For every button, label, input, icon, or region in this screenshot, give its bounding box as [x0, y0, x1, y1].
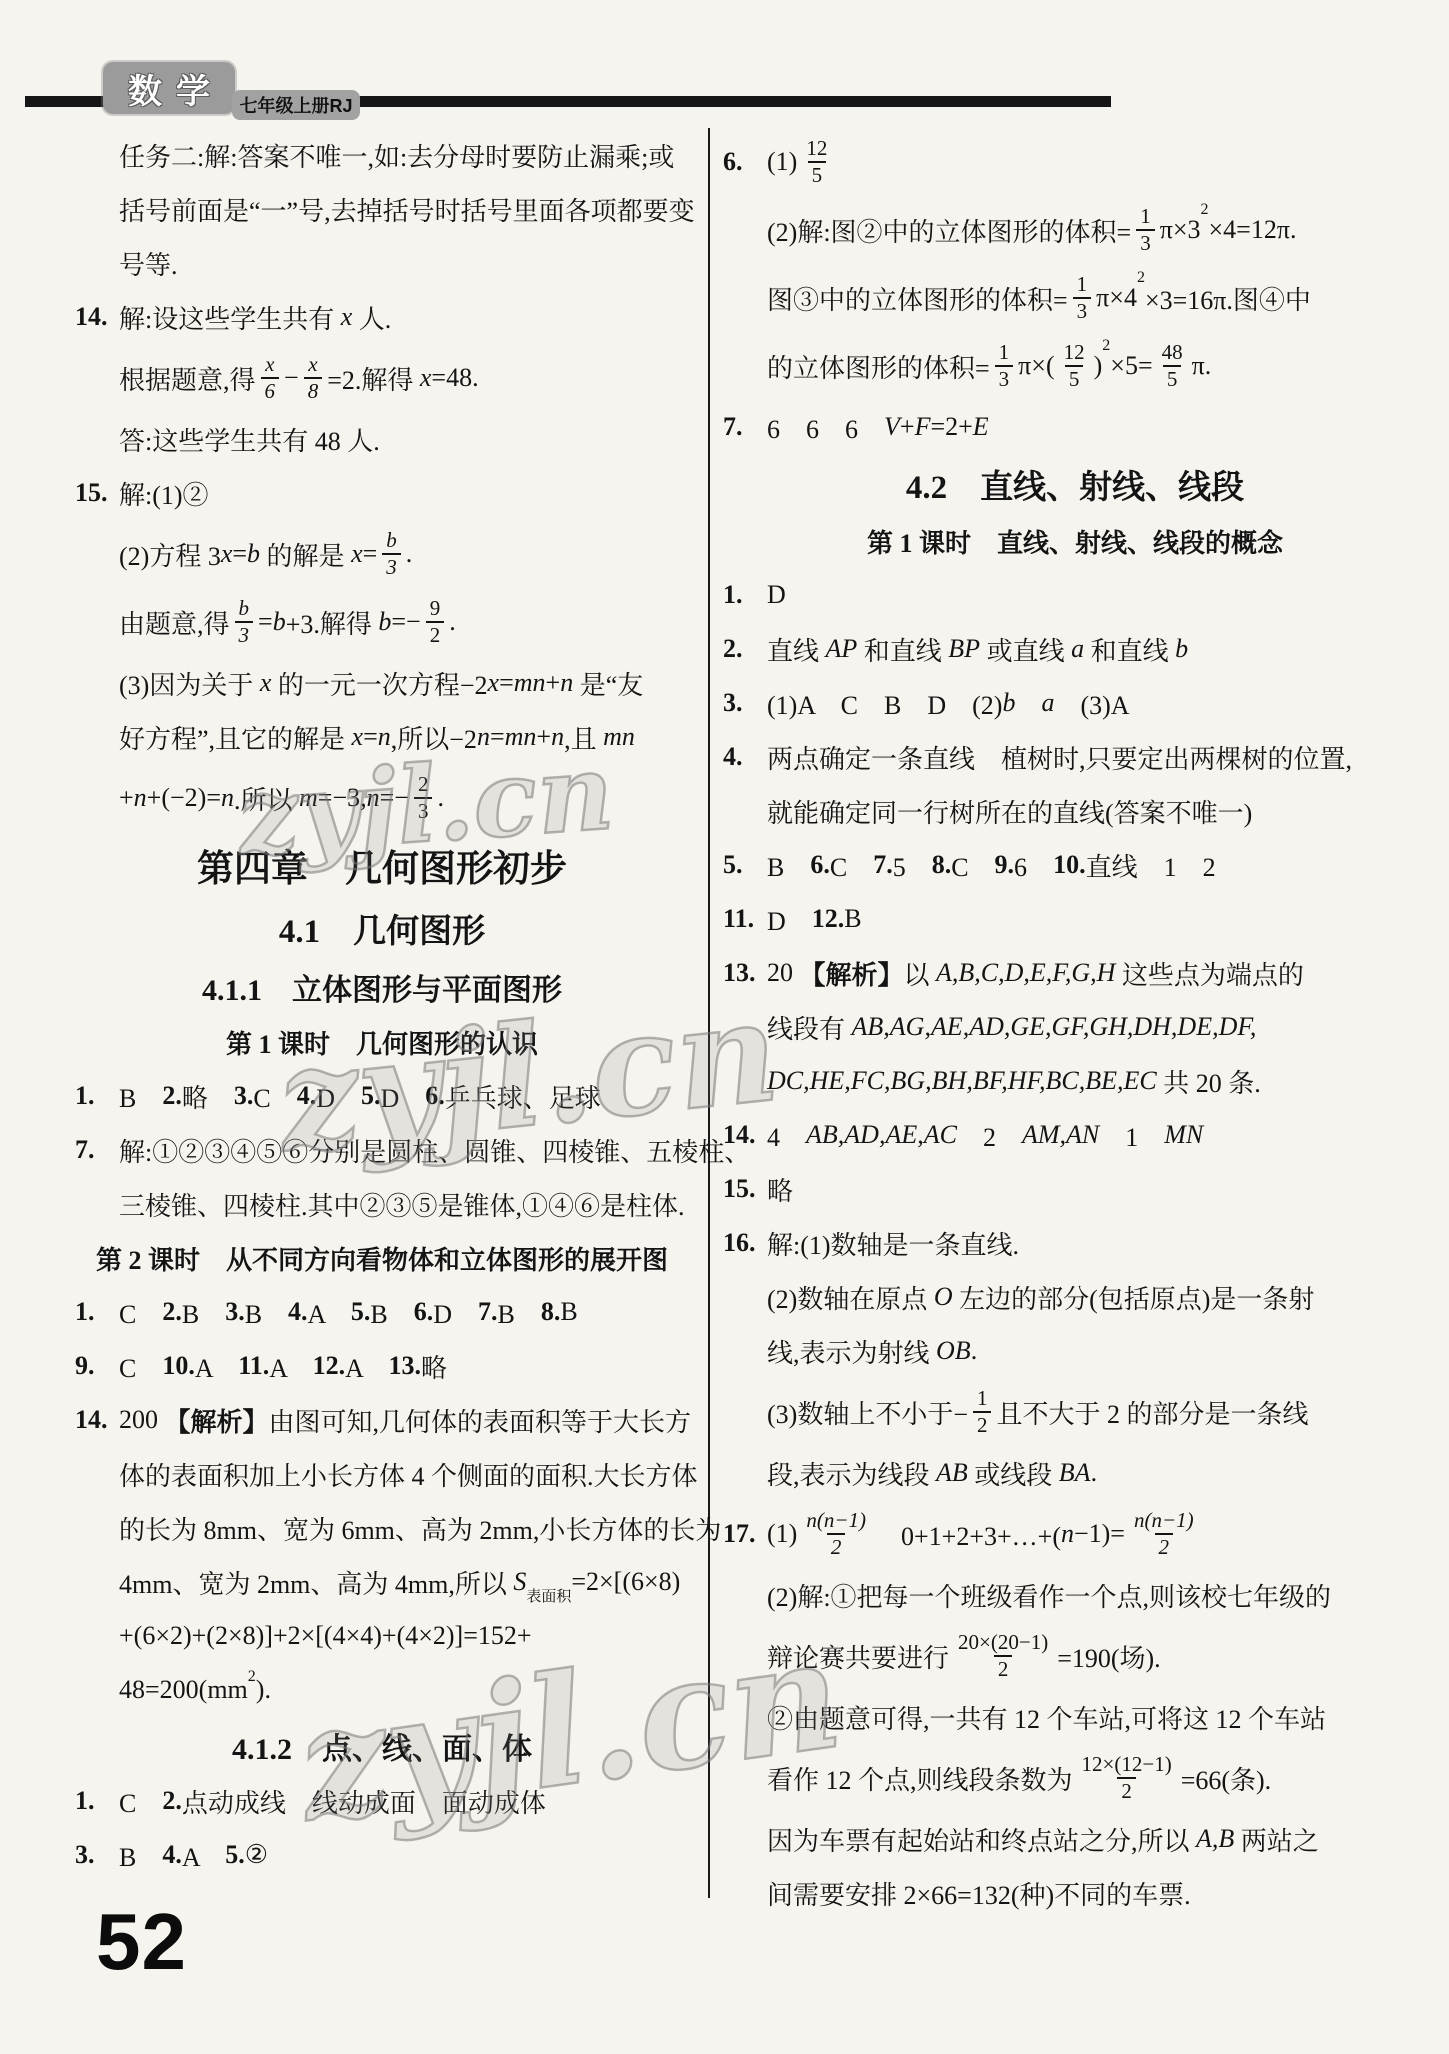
superscript: 2 — [1201, 201, 1209, 219]
text-segment: D — [380, 1078, 425, 1115]
answer-line: 17.(1)n(n−1)2 0+1+2+3+…+(n−1)=n(n−1)2 — [723, 1500, 1427, 1568]
math-italic: AB,AD,AE,AC — [806, 1120, 957, 1150]
text-segment: B — [560, 1297, 577, 1327]
answer-number: 11. — [723, 904, 754, 934]
bold-text: 7. — [873, 850, 893, 880]
text-segment: +(−2)= — [147, 783, 221, 813]
answer-line: ②由题意可得,一共有 12 个车站,可将这 12 个车站 — [723, 1690, 1427, 1744]
text-segment: 好方程”,且它的解是 — [119, 719, 352, 756]
text-segment: C — [119, 1783, 162, 1820]
text-segment: (2)解:①把每一个班级看作一个点,则该校七年级的 — [767, 1577, 1331, 1614]
text-segment: 的一元一次方程−2 — [271, 665, 487, 702]
text-segment: ,且 — [564, 719, 603, 756]
text-segment: 1 — [1099, 1117, 1164, 1154]
fraction-denominator: 5 — [1065, 365, 1084, 390]
math-italic: n — [560, 668, 573, 698]
math-italic: AP — [826, 634, 858, 664]
math-italic: b — [273, 607, 286, 637]
text-segment: ). — [256, 1675, 271, 1705]
text-segment: 点动成线 线动成面 面动成体 — [182, 1783, 546, 1820]
answer-number: 3. — [75, 1840, 95, 1870]
text-segment: 4.1 几何图形 — [279, 905, 485, 952]
text-segment: 线段有 — [767, 1009, 852, 1046]
text-segment: 第 2 课时 从不同方向看物体和立体图形的展开图 — [96, 1240, 668, 1277]
answer-line: 括号前面是“一”号,去掉括号时括号里面各项都要变 — [75, 182, 689, 236]
text-segment: 200 — [119, 1405, 165, 1435]
fraction-numerator: b — [382, 530, 401, 551]
text-segment: 以 — [904, 955, 937, 992]
bold-text: 8. — [541, 1297, 561, 1327]
answer-number: 16. — [723, 1228, 756, 1258]
fraction: x8 — [304, 354, 323, 403]
answer-number: 1. — [75, 1297, 95, 1327]
text-segment: 第 1 课时 直线、射线、线段的概念 — [867, 523, 1283, 560]
text-segment: + — [900, 412, 915, 442]
text-segment: 6 — [1014, 847, 1053, 884]
answer-number: 3. — [723, 688, 743, 718]
section-heading: 第 1 课时 几何图形的认识 — [75, 1015, 689, 1069]
fraction-denominator: 2 — [827, 1533, 846, 1558]
math-italic: A,B,C,D,E,F,G,H — [936, 958, 1115, 988]
text-segment: =2+ — [930, 412, 972, 442]
text-segment: −1)= — [1074, 1519, 1125, 1549]
math-italic: x — [221, 539, 233, 569]
column-divider — [708, 128, 710, 1898]
answer-line: 14.200 【解析】由图可知,几何体的表面积等于大长方 — [75, 1393, 689, 1447]
text-segment: π×( — [1018, 351, 1054, 381]
text-segment: =66(条). — [1181, 1760, 1271, 1797]
text-segment: 且不大于 2 的部分是一条线 — [996, 1394, 1308, 1431]
text-segment: = — [490, 722, 505, 752]
text-segment: (3)数轴上不小于− — [767, 1394, 968, 1431]
answer-line: 的立体图形的体积=13π×(125)2×5=485π. — [723, 332, 1427, 400]
superscript: 2 — [1102, 337, 1110, 355]
section-heading: 第四章 几何图形初步 — [75, 832, 689, 898]
text-segment: =− — [380, 783, 409, 813]
text-segment: B — [767, 847, 810, 884]
answer-line: (2)解:①把每一个班级看作一个点,则该校七年级的 — [723, 1568, 1427, 1622]
left-column: 任务二:解:答案不唯一,如:去分母时要防止漏乘;或括号前面是“一”号,去掉括号时… — [75, 128, 689, 1882]
answer-number: 7. — [723, 412, 743, 442]
math-italic: x — [488, 668, 500, 698]
text-segment: 因为车票有起始站和终点站之分,所以 — [767, 1821, 1196, 1858]
answer-line: 答:这些学生共有 48 人. — [75, 412, 689, 466]
answer-line: 13.20 【解析】以 A,B,C,D,E,F,G,H 这些点为端点的 — [723, 946, 1427, 1000]
text-segment: π×3 — [1160, 215, 1201, 245]
math-italic: x — [351, 539, 363, 569]
answer-number: 9. — [75, 1351, 95, 1381]
math-italic: b — [247, 539, 260, 569]
text-segment: 0+1+2+3+…+( — [875, 1516, 1061, 1553]
text-segment: 和直线 — [1084, 631, 1175, 668]
fraction: 485 — [1158, 342, 1187, 391]
answer-number: 17. — [723, 1519, 756, 1549]
math-italic: AB — [936, 1458, 968, 1488]
answer-line: 号等. — [75, 236, 689, 290]
text-segment: 解:①②③④⑤⑥分别是圆柱、圆锥、四棱锥、五棱柱、 — [119, 1132, 750, 1169]
text-segment: 就能确定同一行树所在的直线(答案不唯一) — [767, 793, 1252, 830]
text-segment: C — [119, 1348, 162, 1385]
answer-line: (2)方程 3x=b 的解是 x=b3. — [75, 520, 689, 588]
answer-number: 7. — [75, 1135, 95, 1165]
text-segment: 辩论赛共要进行 — [767, 1638, 949, 1675]
text-segment: 5 — [893, 847, 932, 884]
bold-text: 12. — [313, 1351, 346, 1381]
text-segment: ×3=16π.图④中 — [1145, 280, 1311, 317]
answer-number: 4. — [723, 742, 743, 772]
text-segment: 略 — [421, 1348, 447, 1385]
answer-number: 5. — [723, 850, 743, 880]
text-segment: =48. — [431, 363, 478, 393]
text-segment: 号等. — [119, 245, 178, 282]
answer-line: 三棱锥、四棱柱.其中②③⑤是锥体,①④⑥是柱体. — [75, 1177, 689, 1231]
answer-line: 线段有 AB,AG,AE,AD,GE,GF,GH,DH,DE,DF, — [723, 1000, 1427, 1054]
fraction: 125 — [1060, 342, 1089, 391]
text-segment: = — [363, 722, 378, 752]
text-segment: C — [253, 1078, 296, 1115]
text-segment: − — [284, 363, 299, 393]
math-italic: E — [973, 412, 989, 442]
text-segment: ×4=12π. — [1209, 215, 1297, 245]
text-segment: . — [449, 607, 456, 637]
answer-line: 7.解:①②③④⑤⑥分别是圆柱、圆锥、四棱锥、五棱柱、 — [75, 1123, 689, 1177]
fraction-numerator: 1 — [1073, 274, 1092, 295]
answer-line: 图③中的立体图形的体积=13π×42×3=16π.图④中 — [723, 264, 1427, 332]
bold-text: 4. — [297, 1081, 317, 1111]
edition-label: 七年级上册RJ — [239, 92, 352, 118]
fraction-numerator: 20×(20−1) — [954, 1632, 1052, 1653]
text-segment: +(6×2)+(2×8)]+2×[(4×4)+(4×2)]=152+ — [119, 1621, 532, 1651]
answer-number: 6. — [723, 147, 743, 177]
bold-text: 8. — [932, 850, 952, 880]
answer-line: 辩论赛共要进行20×(20−1)2=190(场). — [723, 1622, 1427, 1690]
bold-text: 2. — [162, 1786, 182, 1816]
edition-badge: 七年级上册RJ — [232, 90, 360, 120]
fraction: x6 — [261, 354, 280, 403]
math-italic: OB — [936, 1336, 971, 1366]
section-heading: 4.2 直线、射线、线段 — [723, 454, 1427, 514]
text-segment: 答:这些学生共有 48 人. — [119, 421, 380, 458]
text-segment: = — [258, 607, 273, 637]
text-segment: 看作 12 个点,则线段条数为 — [767, 1760, 1073, 1797]
text-segment: 人. — [352, 299, 391, 336]
answer-line: 体的表面积加上小长方体 4 个侧面的面积.大长方体 — [75, 1447, 689, 1501]
fraction-numerator: 1 — [1136, 206, 1155, 227]
fraction: 12 — [973, 1388, 992, 1437]
text-segment: π. — [1192, 351, 1212, 381]
section-heading: 4.1.2 点、线、面、体 — [75, 1717, 689, 1774]
math-italic: b — [1175, 634, 1188, 664]
fraction-numerator: 48 — [1158, 342, 1187, 363]
answer-line: 14.4 AB,AD,AE,AC 2 AM,AN 1 MN — [723, 1108, 1427, 1162]
bold-text: 2. — [162, 1297, 182, 1327]
text-segment: (1) — [767, 147, 797, 177]
text-segment: ② — [245, 1840, 268, 1870]
superscript: 2 — [248, 1668, 256, 1686]
text-segment: 2 — [957, 1117, 1022, 1154]
fraction-numerator: 12 — [802, 138, 831, 159]
math-italic: mn — [514, 668, 546, 698]
fraction: 23 — [414, 774, 433, 823]
bold-text: 10. — [1053, 850, 1086, 880]
text-segment: (2)解:图②中的立体图形的体积= — [767, 212, 1131, 249]
bold-text: 6. — [414, 1297, 434, 1327]
math-italic: F — [915, 412, 931, 442]
fraction: 13 — [1073, 274, 1092, 323]
text-segment: 解:(1)数轴是一条直线. — [767, 1225, 1019, 1262]
text-segment: A — [308, 1294, 351, 1331]
fraction-denominator: 8 — [304, 377, 323, 402]
fraction: n(n−1)2 — [1130, 1510, 1198, 1559]
text-segment: = — [499, 668, 514, 698]
math-italic: b — [1002, 688, 1015, 718]
text-segment: (2)数轴在原点 — [767, 1279, 934, 1316]
fraction: 92 — [426, 598, 445, 647]
math-italic: S — [513, 1567, 526, 1597]
answer-line: (2)解:图②中的立体图形的体积=13π×32×4=12π. — [723, 196, 1427, 264]
text-segment: B — [119, 1837, 162, 1874]
text-segment: 根据题意,得 — [119, 360, 256, 397]
answer-number: 14. — [75, 302, 108, 332]
text-segment: 的解是 — [260, 536, 351, 573]
fraction: 12×(12−1)2 — [1078, 1754, 1176, 1803]
fraction-numerator: 9 — [426, 598, 445, 619]
fraction-denominator: 5 — [1163, 365, 1182, 390]
text-segment: B — [119, 1078, 162, 1115]
answer-number: 15. — [75, 478, 108, 508]
text-segment: B — [844, 904, 861, 934]
text-segment: 括号前面是“一”号,去掉括号时括号里面各项都要变 — [119, 191, 695, 228]
text-segment: + — [546, 668, 561, 698]
text-segment: 这些点为端点的 — [1115, 955, 1304, 992]
bold-text: 7. — [478, 1297, 498, 1327]
text-segment: 第 1 课时 几何图形的认识 — [226, 1024, 538, 1061]
fraction-numerator: 12×(12−1) — [1078, 1754, 1176, 1775]
text-segment: A — [195, 1348, 238, 1385]
math-italic: AB,AG,AE,AD,GE,GF,GH,DH,DE,DF, — [852, 1012, 1257, 1042]
text-segment: D — [316, 1078, 361, 1115]
answer-line: (2)数轴在原点 O 左边的部分(包括原点)是一条射 — [723, 1270, 1427, 1324]
text-segment: 间需要安排 2×66=132(种)不同的车票. — [767, 1875, 1191, 1912]
answer-line: 5.B 6.C 7.5 8.C 9.6 10.直线 1 2 — [723, 838, 1427, 892]
text-segment: D — [767, 580, 786, 610]
text-segment: 共 20 条. — [1157, 1063, 1261, 1100]
math-italic: n — [378, 722, 391, 752]
page-number: 52 — [96, 1896, 187, 1988]
bold-text: 4. — [162, 1840, 182, 1870]
fraction: 125 — [802, 138, 831, 187]
fraction: 13 — [995, 342, 1014, 391]
math-italic: BP — [948, 634, 980, 664]
text-segment: 或直线 — [980, 631, 1071, 668]
answer-line: +(6×2)+(2×8)]+2×[(4×4)+(4×2)]=152+ — [75, 1609, 689, 1663]
answer-line: 1.C 2.B 3.B 4.A 5.B 6.D 7.B 8.B — [75, 1285, 689, 1339]
math-italic: n — [477, 722, 490, 752]
fraction-numerator: x — [261, 354, 278, 375]
answer-line: 15.略 — [723, 1162, 1427, 1216]
text-segment: 体的表面积加上小长方体 4 个侧面的面积.大长方体 — [119, 1456, 698, 1493]
answer-line: 9.C 10.A 11.A 12.A 13.略 — [75, 1339, 689, 1393]
answer-number: 14. — [75, 1405, 108, 1435]
bold-text: 【解析】 — [165, 1402, 269, 1439]
section-heading: 第 2 课时 从不同方向看物体和立体图形的展开图 — [75, 1231, 689, 1285]
math-italic: a — [1071, 634, 1084, 664]
text-segment: (1) — [767, 1519, 797, 1549]
answer-line: 就能确定同一行树所在的直线(答案不唯一) — [723, 784, 1427, 838]
math-italic: V — [884, 412, 900, 442]
math-italic: n — [551, 722, 564, 752]
text-segment: A — [345, 1348, 388, 1385]
fraction-denominator: 3 — [414, 797, 433, 822]
text-segment: . — [406, 539, 413, 569]
text-segment: D — [767, 901, 812, 938]
text-segment: =190(场). — [1057, 1638, 1160, 1675]
answer-line: 线,表示为射线 OB. — [723, 1324, 1427, 1378]
bold-text: 【解析】 — [800, 955, 904, 992]
math-italic: b — [378, 607, 391, 637]
text-segment: 的立体图形的体积= — [767, 348, 990, 385]
text-segment: =2×[(6×8) — [571, 1567, 680, 1597]
answer-line: 看作 12 个点,则线段条数为12×(12−1)2=66(条). — [723, 1744, 1427, 1812]
bold-text: 4. — [288, 1297, 308, 1327]
text-segment: 由题意,得 — [119, 604, 230, 641]
text-segment: ,所以−2 — [391, 719, 477, 756]
text-segment: 或线段 — [968, 1455, 1059, 1492]
answer-line: 11.D 12.B — [723, 892, 1427, 946]
section-heading: 第 1 课时 直线、射线、线段的概念 — [723, 514, 1427, 568]
text-segment: . — [1091, 1458, 1098, 1488]
text-segment: 4.1.2 点、线、面、体 — [232, 1724, 532, 1768]
bold-text: 2. — [162, 1081, 182, 1111]
text-segment: 略 — [182, 1078, 234, 1115]
math-italic: x — [352, 722, 364, 752]
math-italic: x — [341, 302, 353, 332]
answer-line: 1.D — [723, 568, 1427, 622]
text-segment: B — [245, 1294, 288, 1331]
text-segment: A — [269, 1348, 312, 1385]
text-segment: =2.解得 — [327, 360, 420, 397]
answer-line: 段,表示为线段 AB 或线段 BA. — [723, 1446, 1427, 1500]
text-segment: 和直线 — [857, 631, 948, 668]
answer-line: (3)数轴上不小于−12且不大于 2 的部分是一条线 — [723, 1378, 1427, 1446]
bold-text: 11. — [238, 1351, 269, 1381]
text-segment: 两点确定一条直线 植树时,只要定出两棵树的位置, — [767, 739, 1352, 776]
text-segment: =−3, — [318, 783, 367, 813]
text-segment: C — [119, 1294, 162, 1331]
text-segment: 直线 — [767, 631, 826, 668]
section-heading: 4.1.1 立体图形与平面图形 — [75, 958, 689, 1015]
answer-line: 16.解:(1)数轴是一条直线. — [723, 1216, 1427, 1270]
text-segment: 略 — [767, 1171, 793, 1208]
answer-number: 15. — [723, 1174, 756, 1204]
text-segment: ) — [1094, 351, 1103, 381]
fraction-numerator: n(n−1) — [1130, 1510, 1198, 1531]
text-segment: (3)因为关于 — [119, 665, 260, 702]
text-segment: .所以 — [234, 780, 299, 817]
text-segment: ×5= — [1110, 351, 1152, 381]
text-segment: D — [433, 1294, 478, 1331]
text-segment: . — [971, 1336, 978, 1366]
fraction-denominator: 2 — [426, 621, 445, 646]
text-segment: B — [182, 1294, 225, 1331]
text-segment: 由图可知,几何体的表面积等于大长方 — [269, 1402, 692, 1439]
fraction-denominator: 2 — [994, 1655, 1013, 1680]
fraction-denominator: 2 — [1117, 1777, 1136, 1802]
text-segment: A — [182, 1837, 225, 1874]
bold-text: 3. — [234, 1081, 254, 1111]
superscript: 2 — [1137, 269, 1145, 287]
text-segment: 解:(1)② — [119, 475, 209, 512]
fraction: n(n−1)2 — [802, 1510, 870, 1559]
fraction-denominator: 2 — [973, 1411, 992, 1436]
math-italic: mn — [603, 722, 635, 752]
fraction-numerator: 1 — [995, 342, 1014, 363]
text-segment: (2)方程 3 — [119, 536, 221, 573]
fraction-denominator: 3 — [382, 553, 401, 578]
text-segment: C — [951, 847, 994, 884]
subject-label: 数学 — [114, 64, 224, 113]
answer-number: 13. — [723, 958, 756, 988]
answer-number: 1. — [75, 1786, 95, 1816]
fraction-denominator: 3 — [1073, 297, 1092, 322]
math-italic: x — [260, 668, 272, 698]
answer-line: 根据题意,得x6−x8=2.解得 x=48. — [75, 344, 689, 412]
text-segment: π×4 — [1096, 283, 1137, 313]
right-column: 6.(1)125(2)解:图②中的立体图形的体积=13π×32×4=12π.图③… — [723, 128, 1427, 1920]
text-segment: B — [370, 1294, 413, 1331]
math-italic: MN — [1164, 1120, 1203, 1150]
text-segment — [1015, 685, 1041, 722]
text-segment: 是“友 — [573, 665, 643, 702]
bold-text: 10. — [162, 1351, 195, 1381]
answer-line: 3.(1)A C B D (2)b a (3)A — [723, 676, 1427, 730]
math-italic: n — [367, 783, 380, 813]
answer-line: 15.解:(1)② — [75, 466, 689, 520]
answer-line: 任务二:解:答案不唯一,如:去分母时要防止漏乘;或 — [75, 128, 689, 182]
text-segment: 线,表示为射线 — [767, 1333, 936, 1370]
fraction: 20×(20−1)2 — [954, 1632, 1052, 1681]
answer-line: 因为车票有起始站和终点站之分,所以 A,B 两站之 — [723, 1812, 1427, 1866]
fraction-numerator: 12 — [1060, 342, 1089, 363]
fraction-denominator: 5 — [808, 161, 827, 186]
fraction: b3 — [235, 598, 254, 647]
math-italic: m — [299, 783, 318, 813]
fraction-numerator: b — [235, 598, 254, 619]
answer-line: 间需要安排 2×66=132(种)不同的车票. — [723, 1866, 1427, 1920]
answer-line: (3)因为关于 x 的一元一次方程−2x=mn+n 是“友 — [75, 656, 689, 710]
subscript: 表面积 — [526, 1585, 571, 1606]
math-italic: n — [221, 783, 234, 813]
math-italic: n — [1061, 1519, 1074, 1549]
text-segment: 6 6 6 — [767, 409, 884, 446]
text-segment: 第四章 几何图形初步 — [197, 838, 567, 892]
bold-text: 6. — [810, 850, 830, 880]
text-segment: 4 — [767, 1117, 806, 1154]
text-segment: 左边的部分(包括原点)是一条射 — [953, 1279, 1315, 1316]
math-italic: a — [1041, 688, 1054, 718]
answer-line: 48=200(mm2). — [75, 1663, 689, 1717]
bold-text: 13. — [388, 1351, 421, 1381]
bold-text: 9. — [995, 850, 1015, 880]
text-segment: 图③中的立体图形的体积= — [767, 280, 1068, 317]
text-segment: 48=200(mm — [119, 1675, 248, 1705]
fraction-numerator: 1 — [973, 1388, 992, 1409]
answer-line: 2.直线 AP 和直线 BP 或直线 a 和直线 b — [723, 622, 1427, 676]
text-segment: +3.解得 — [286, 604, 379, 641]
answer-line: +n+(−2)=n.所以 m=−3,n=−23. — [75, 764, 689, 832]
answer-number: 14. — [723, 1120, 756, 1150]
answer-line: 1.C 2.点动成线 线动成面 面动成体 — [75, 1774, 689, 1828]
